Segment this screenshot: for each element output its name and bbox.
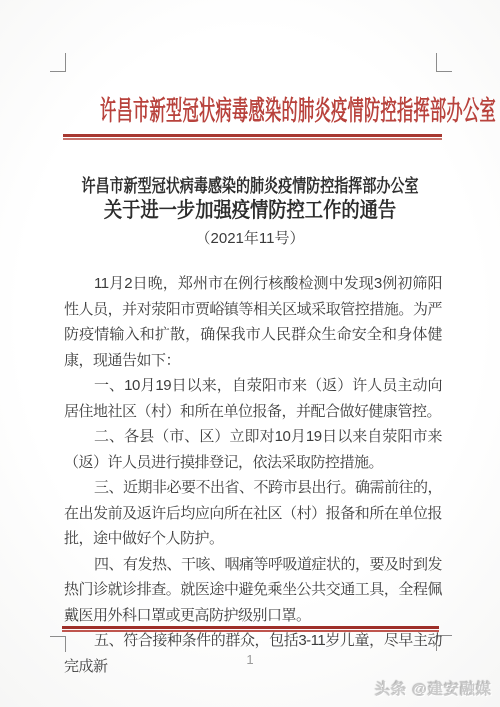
emphasis-underline bbox=[62, 626, 439, 632]
paragraph-item-4: 四、有发热、干咳、咽痛等呼吸道症状的，要及时到发热门诊就诊排查。就医途中避免乘坐… bbox=[64, 552, 442, 629]
crop-mark-top-left-icon bbox=[50, 53, 66, 72]
document-photo: 许昌市新型冠状病毒感染的肺炎疫情防控指挥部办公室 许昌市新型冠状病毒感染的肺炎疫… bbox=[0, 0, 500, 707]
paragraph-item-2: 二、各县（市、区）立即对10月19日以来自荥阳市来（返）许人员进行摸排登记，依法… bbox=[64, 424, 442, 475]
page-number: 1 bbox=[0, 652, 500, 667]
letterhead-org-name: 许昌市新型冠状病毒感染的肺炎疫情防控指挥部办公室 bbox=[100, 89, 400, 128]
letterhead-rule bbox=[63, 134, 442, 140]
paragraph-intro: 11月2日晚，郑州市在例行核酸检测中发现3例初筛阳性人员，并对荥阳市贾峪镇等相关… bbox=[64, 271, 442, 373]
doc-title-subject-line: 关于进一步加强疫情防控工作的通告 bbox=[33, 194, 468, 224]
paragraph-item-3: 三、近期非必要不出省、不跨市县出行。确需前往的，在出发前及返许后均应向所在社区（… bbox=[64, 475, 442, 552]
doc-number: （2021年11号） bbox=[0, 227, 500, 248]
toutiao-watermark: 头条 @建安融媒 bbox=[375, 678, 492, 699]
paragraph-item-1: 一、10月19日以来，自荥阳市来（返）许人员主动向居住地社区（村）和所在单位报备… bbox=[64, 373, 442, 424]
doc-body: 11月2日晚，郑州市在例行核酸检测中发现3例初筛阳性人员，并对荥阳市贾峪镇等相关… bbox=[64, 271, 442, 679]
crop-mark-top-right-icon bbox=[436, 53, 452, 72]
